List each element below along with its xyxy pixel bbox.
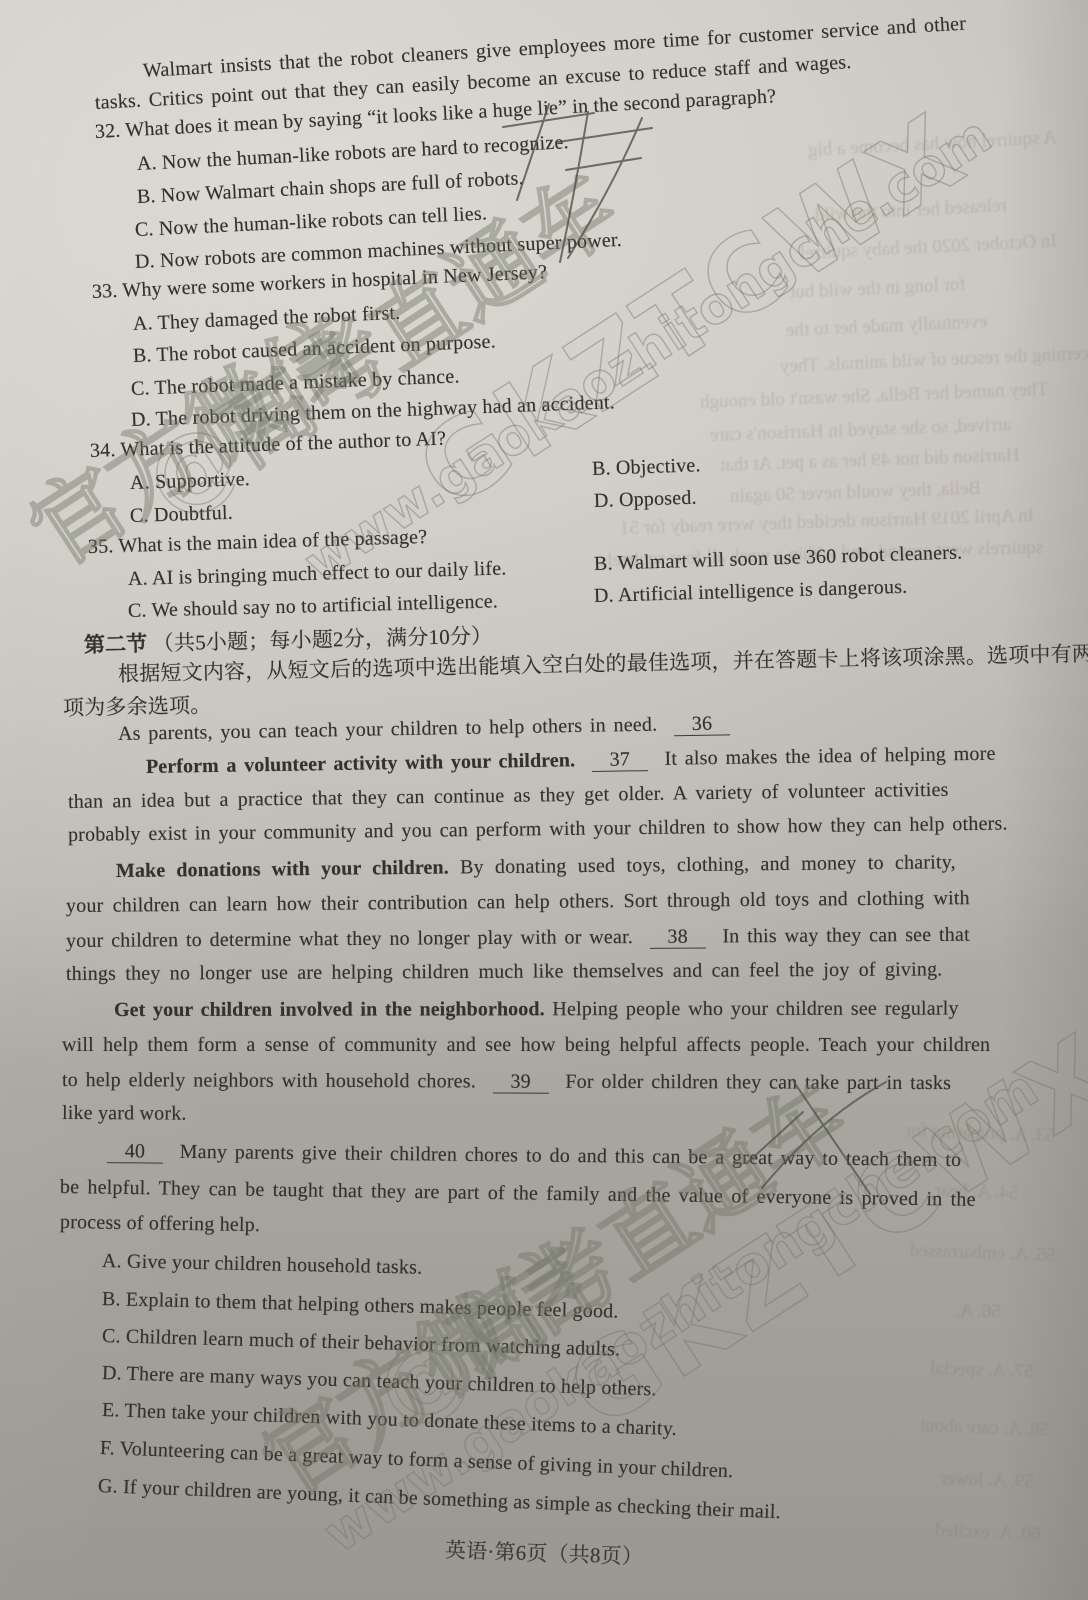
bleedthrough-line: 60. A. excited bbox=[935, 1520, 1041, 1546]
bleedthrough-line: for long in the wild but bbox=[790, 274, 967, 304]
option-33c: C. The robot made a mistake by chance. bbox=[131, 365, 460, 401]
bleedthrough-line: Harrison did not 49 her as a pet. At tha… bbox=[720, 445, 1020, 477]
bleedthrough-line: eventually made her to the bbox=[786, 311, 988, 342]
bleedthrough-line: 58. A. care about bbox=[920, 1415, 1050, 1441]
choice-g: G. If your children are young, it can be… bbox=[98, 1475, 782, 1524]
cloze-line: be helpful. They can be taught that they… bbox=[60, 1176, 976, 1212]
choice-c: C. Children learn much of their behavior… bbox=[102, 1325, 621, 1362]
bleedthrough-line: A squirrel now has become a big bbox=[807, 127, 1057, 162]
choice-b: B. Explain to them that helping others m… bbox=[102, 1288, 619, 1324]
instruction-line: 项为多余选项。 bbox=[63, 689, 212, 722]
cloze-line: probably exist in your community and you… bbox=[68, 813, 1008, 847]
cloze-line: your children to determine what they no … bbox=[66, 924, 970, 953]
cloze-line: your children can learn how their contri… bbox=[66, 887, 970, 918]
question-stem-35: 35. What is the main idea of the passage… bbox=[88, 526, 428, 559]
question-stem-34: 34. What is the attitude of the author t… bbox=[90, 428, 447, 463]
bleedthrough-line: 57. A. special bbox=[930, 1358, 1034, 1384]
choice-f: F. Volunteering can be a great way to fo… bbox=[100, 1437, 734, 1483]
bleedthrough-line: arrived, so she stayed in Harrison's car… bbox=[710, 414, 1012, 447]
option-34c: C. Doubtful. bbox=[130, 502, 234, 528]
bleedthrough-line: 56. A. bbox=[955, 1300, 1002, 1324]
cloze-line: Get your children involved in the neighb… bbox=[114, 998, 959, 1022]
cloze-line: Perform a volunteer activity with your c… bbox=[146, 743, 996, 779]
choice-a: A. Give your children household tasks. bbox=[102, 1250, 423, 1280]
option-35a: A. AI is bringing much effect to our dai… bbox=[128, 557, 507, 591]
footer-page-number: 英语·第6页（共8页） bbox=[444, 1534, 643, 1571]
cloze-line: 40 Many parents give their children chor… bbox=[98, 1140, 962, 1172]
cloze-line: like yard work. bbox=[62, 1102, 187, 1126]
pen-mark-q39 bbox=[747, 1082, 886, 1194]
bleedthrough-line: concerning the rescue of wild animals. T… bbox=[780, 342, 1088, 378]
option-35d: D. Artificial intelligence is dangerous. bbox=[594, 576, 908, 608]
bleedthrough-line: In October 2020 the baby squirrel bbox=[799, 230, 1057, 265]
option-34a: A. Supportive. bbox=[130, 468, 251, 495]
cloze-line: Make donations with your children. By do… bbox=[116, 851, 956, 883]
exam-page: A squirrel now has become a big released… bbox=[0, 0, 1088, 1600]
bleedthrough-line: In April 2019 Harrison decided they were… bbox=[620, 505, 1035, 540]
bleedthrough-line: released her into the wild bbox=[814, 195, 1007, 227]
option-33b: B. The robot caused an accident on purpo… bbox=[133, 330, 497, 368]
choice-e: E. Then take your children with you to d… bbox=[102, 1399, 678, 1441]
cloze-line: process of offering help. bbox=[60, 1211, 260, 1237]
bleedthrough-line: 53. A. preparing for bbox=[905, 1120, 1056, 1147]
option-33a: A. They damaged the robot first. bbox=[133, 302, 401, 336]
option-35c: C. We should say no to artificial intell… bbox=[128, 590, 499, 623]
bleedthrough-line: They named her Bella. She wasn't old eno… bbox=[700, 379, 1049, 414]
option-34d: D. Opposed. bbox=[594, 487, 697, 513]
cloze-line: to help elderly neighbors with household… bbox=[62, 1069, 951, 1095]
option-32c: C. Now the human-like robots can tell li… bbox=[134, 202, 487, 242]
choice-d: D. There are many ways you can teach you… bbox=[102, 1362, 657, 1401]
bleedthrough-line: Bella, they would never 50 again bbox=[730, 478, 982, 508]
cloze-line: things they no longer use are helping ch… bbox=[66, 958, 943, 986]
option-35b: B. Walmart will soon use 360 robot clean… bbox=[594, 541, 963, 576]
bleedthrough-line: 59. A. lower bbox=[940, 1468, 1035, 1493]
cloze-line: will help them form a sense of community… bbox=[62, 1034, 990, 1057]
bleedthrough-line: 55. A. embarrassed bbox=[910, 1240, 1056, 1267]
option-34b: B. Objective. bbox=[592, 454, 701, 481]
cloze-line: than an idea but a practice that they ca… bbox=[68, 779, 949, 814]
